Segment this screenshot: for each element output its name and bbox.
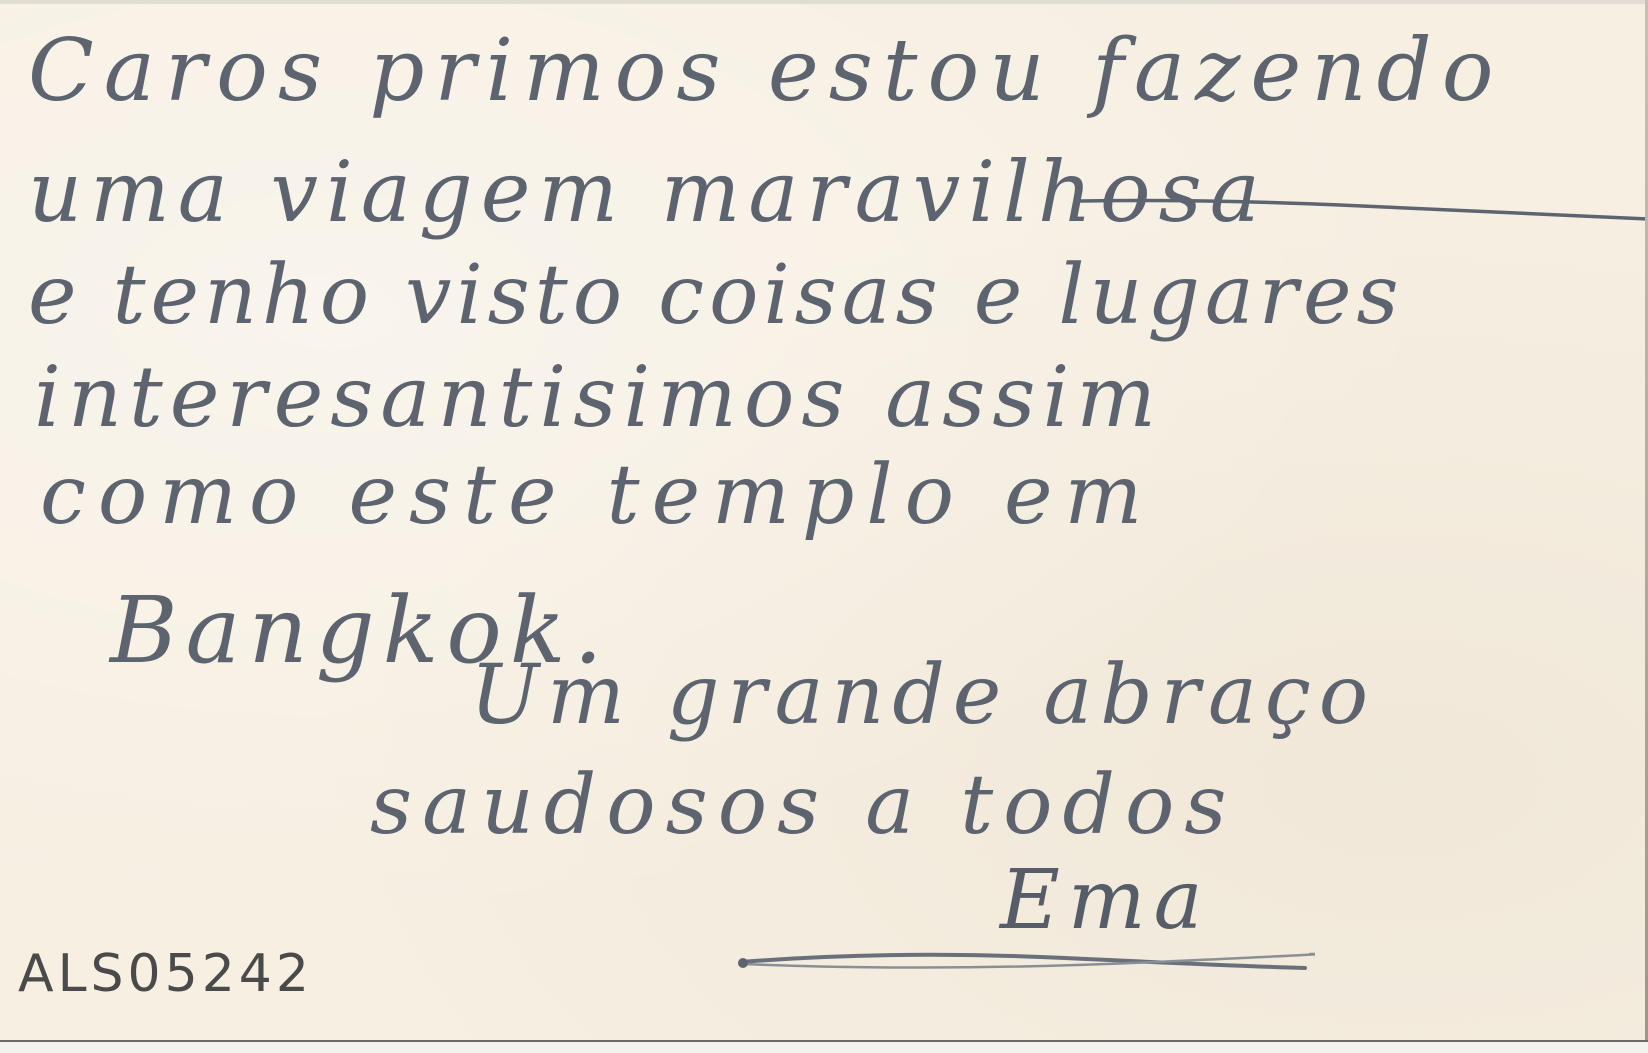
trailing-stroke-decoration: [1080, 193, 1648, 223]
text-line-5: como este templo em: [40, 455, 1154, 537]
scan-margin: [0, 1042, 1648, 1053]
text-line-3: e tenho visto coisas e lugares: [28, 255, 1404, 337]
signature-flourish-decoration: [735, 950, 1315, 972]
text-line-regards: saudosos a todos: [370, 765, 1236, 847]
text-line-closing: Um grande abraço: [470, 655, 1376, 737]
text-line-greeting: Caros primos estou fazendo: [28, 28, 1504, 114]
postcard: Caros primos estou fazendo uma viagem ma…: [0, 0, 1648, 1042]
text-line-4: interesantisimos assim: [34, 355, 1163, 439]
signature: Ema: [1000, 860, 1211, 942]
catalog-number: ALS05242: [18, 944, 313, 1004]
